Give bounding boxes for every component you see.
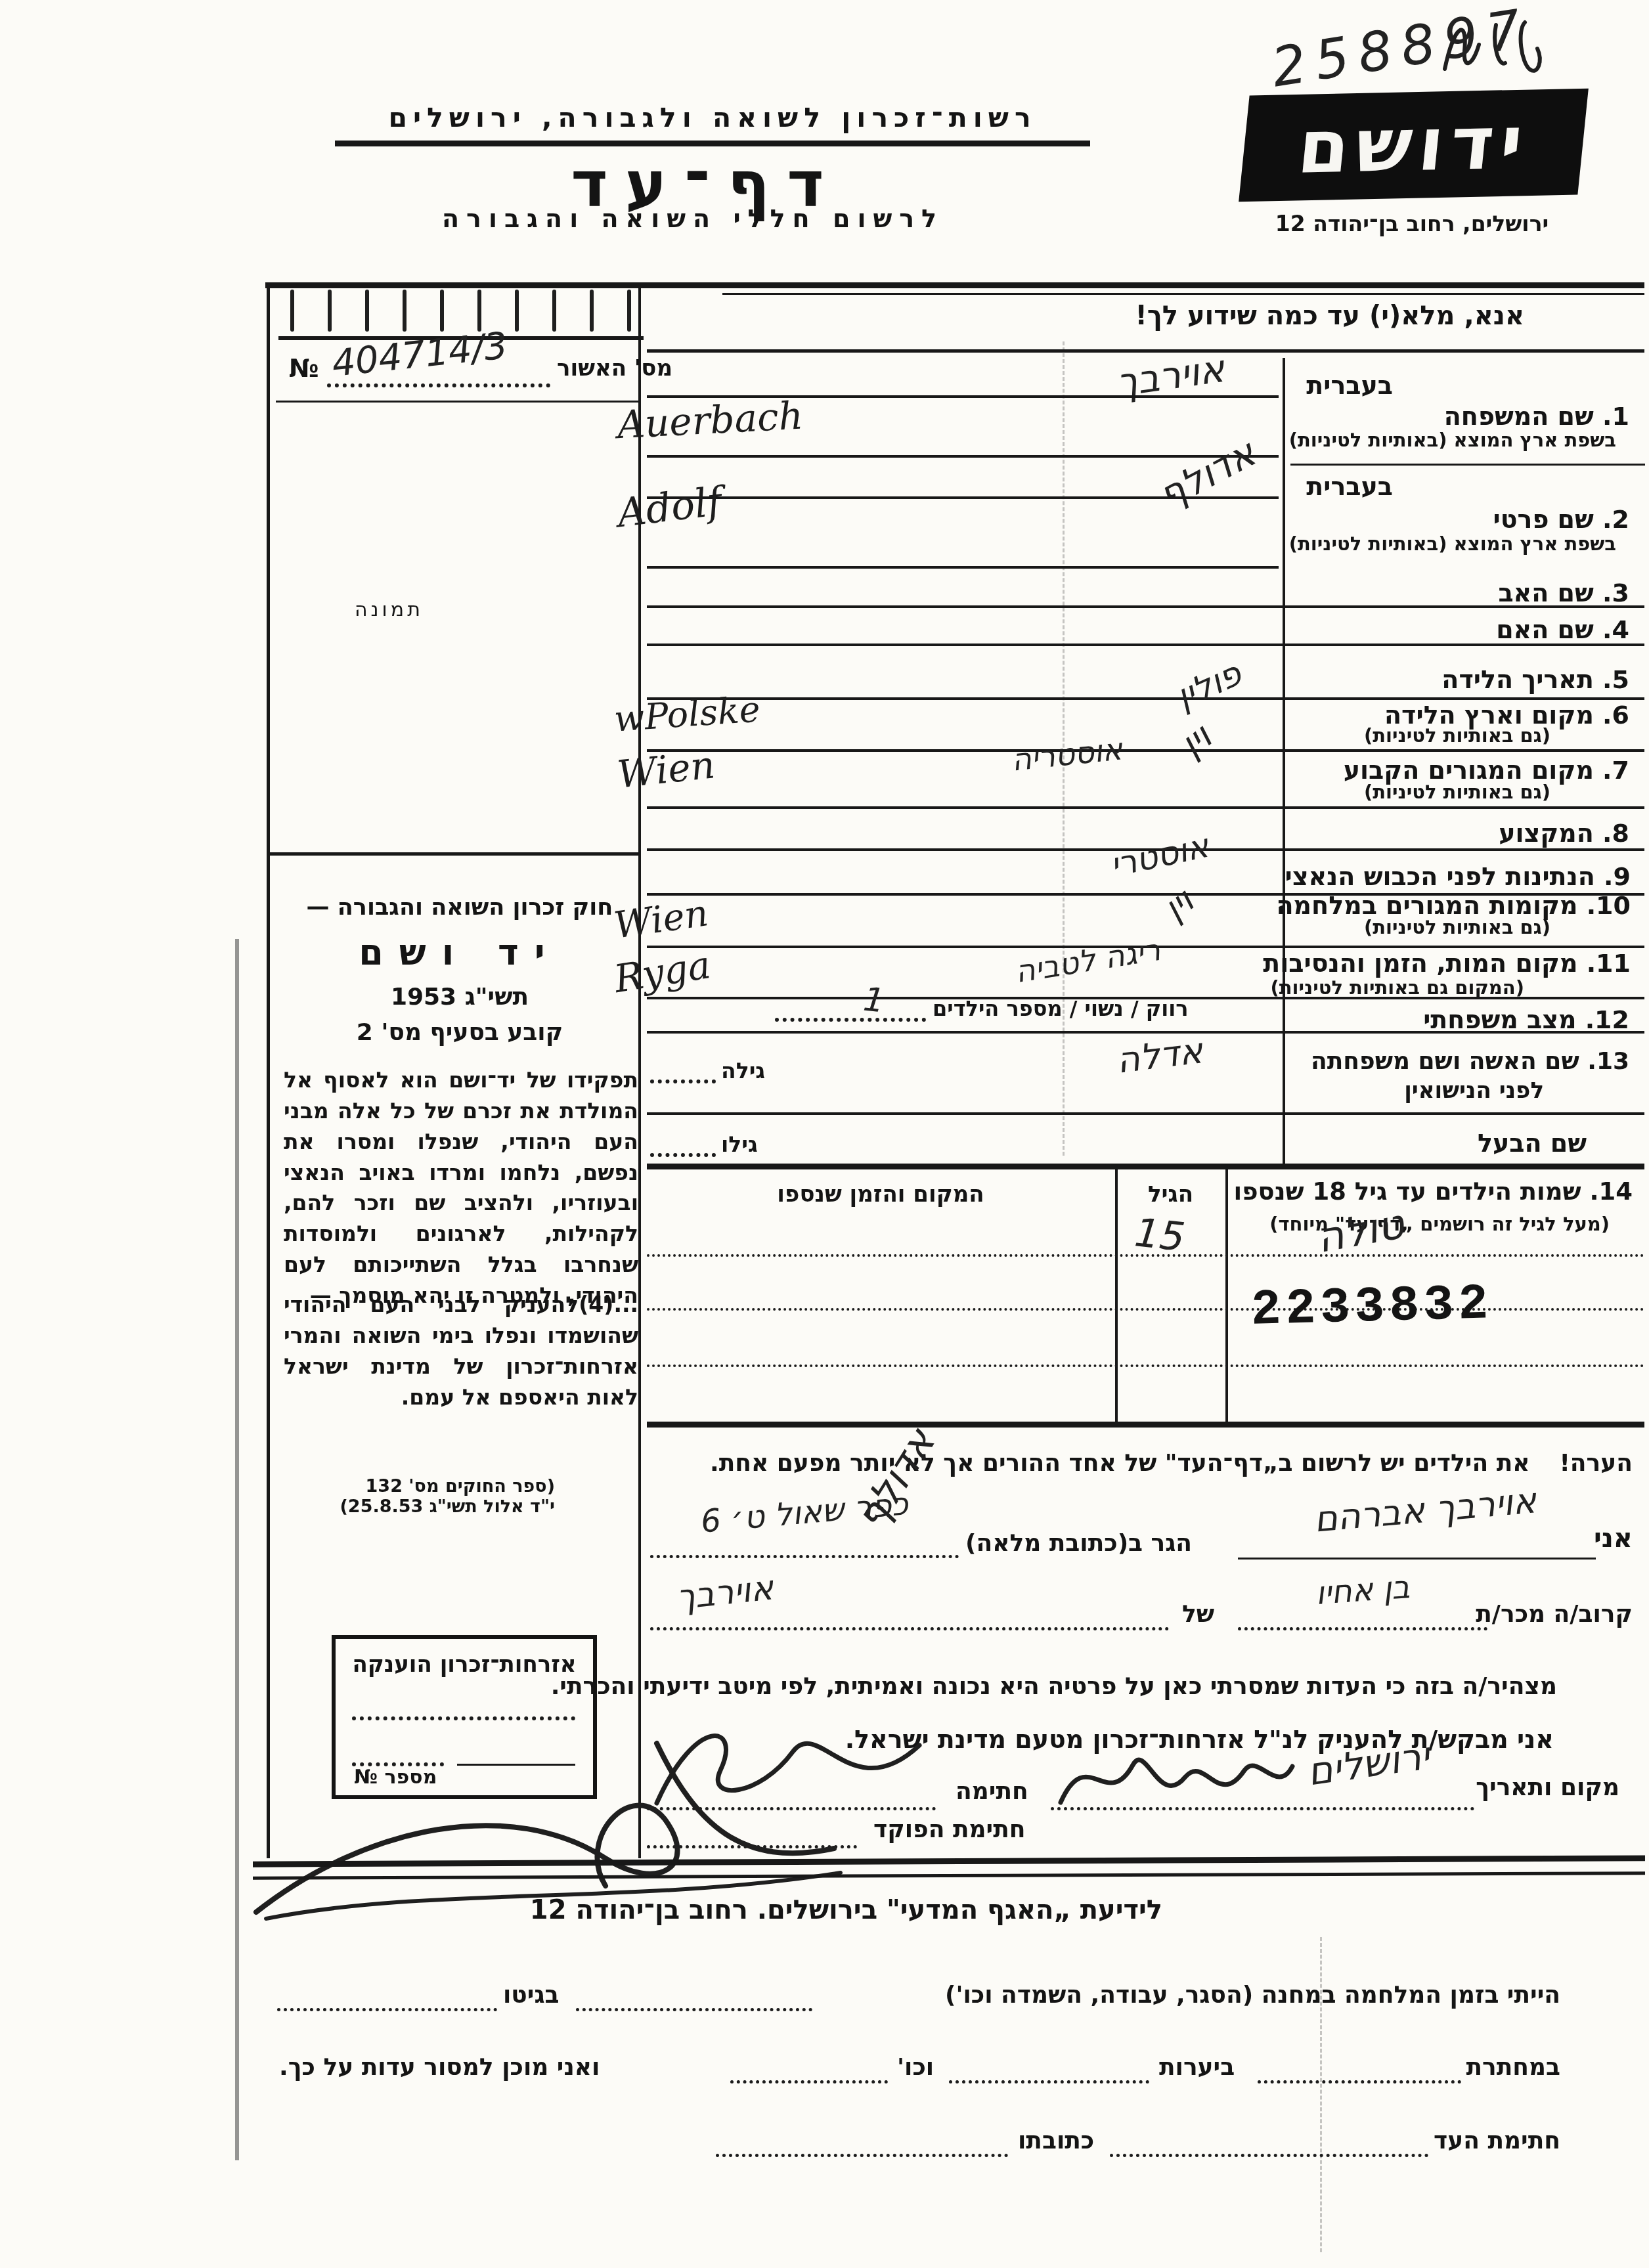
field2-sublabel: בשפת ארץ המוצא (באותיות לטיניות) <box>1289 533 1616 555</box>
field1-latin-hand: Auerbach <box>616 393 804 448</box>
field1-lang-label: בעברית <box>1306 372 1393 401</box>
place-date-dotted <box>1051 1807 1474 1810</box>
field12-hand: 1 <box>862 980 887 1020</box>
approval-no-sign: № <box>289 355 319 383</box>
her-age-label: גילה <box>721 1058 765 1083</box>
witness-forests-label: ביערות <box>1159 2054 1235 2081</box>
children-row-line2 <box>647 1308 1644 1311</box>
his-age-label: גילו <box>721 1132 758 1157</box>
photo-label: תמונה <box>355 599 424 622</box>
instruction-underrule <box>647 349 1644 353</box>
witness-ghetto-label: בגיטו <box>503 1982 559 2009</box>
field11-hebrew-hand: ריגה לטביה <box>1013 932 1163 990</box>
field9-hebrew-hand: אוסטרי <box>1107 827 1212 884</box>
field13-label2: לפני הנישואין <box>1404 1078 1544 1104</box>
witness-address-dotted <box>716 2154 1008 2157</box>
address-dotted <box>650 1555 959 1558</box>
testimony-page-scan: 258897 ידושם ירושלים, רחוב בן־יהודה 12 ר… <box>0 0 1649 2268</box>
children-col-age: הגיל <box>1116 1182 1225 1208</box>
field2-hebrew-line <box>647 496 1279 499</box>
of-hand: אוירבך <box>674 1568 775 1617</box>
field9-label: 9. הנתינות לפני הכבוש הנאצי <box>1285 863 1631 892</box>
relation-dotted <box>1238 1627 1487 1630</box>
photo-bottom-rule <box>267 852 638 856</box>
witness-q1-label: הייתי בזמן המלחמה במחנה (הסגר, עבודה, הש… <box>945 1982 1560 2009</box>
law-year: תשי"ג 1953 <box>282 984 637 1011</box>
husband-label: שם הבעל <box>1478 1129 1587 1158</box>
law-section: קובע בסעיף מס' 2 <box>282 1019 637 1046</box>
field7-latin-hand: Wien <box>615 742 717 796</box>
clerk-signature-label: חתימת הפוקד <box>873 1816 1026 1843</box>
field10-hebrew-hand: וין <box>1156 881 1201 928</box>
field2-lang-label: בעברית <box>1306 473 1393 502</box>
form-left-border <box>267 282 270 1858</box>
field11-label: 11. מקום המות, הזמן והנסיבות <box>1263 949 1631 978</box>
field4-label: 4. שם האם <box>1496 616 1629 645</box>
child-age-hand: 15 <box>1133 1210 1187 1261</box>
field7-line <box>647 806 1644 809</box>
field12-dotted <box>775 1018 926 1022</box>
child-name-hand: טולה <box>1313 1200 1408 1262</box>
children-col-place: המקום והזמן שנספו <box>647 1182 1114 1208</box>
field1-sublabel: בשפת ארץ המוצא (באותיות לטיניות) <box>1289 429 1616 451</box>
field1-label: 1. שם המשפחה <box>1444 403 1629 431</box>
scientific-branch-notice: לידיעת „האגף המדעי" בירושלים. רחוב בן־יה… <box>683 1895 1162 1925</box>
comb-ticks <box>282 286 640 335</box>
field10-sublabel: (גם באותיות לטיניות) <box>1364 917 1550 938</box>
field13-hebrew-hand: אדלה <box>1114 1030 1205 1081</box>
field13-label: 13. שם האשה ושם משפחתה <box>1311 1048 1629 1075</box>
law-intro: חוק זכרון השואה והגבורה — <box>282 894 637 921</box>
note-label: הערה! <box>1559 1450 1633 1477</box>
note-row: הערה!את הילדים יש לרשום ב„דף־העד" של אחד… <box>710 1450 1633 1477</box>
witness-etc-label: וכו' <box>897 2054 934 2081</box>
address-label: הגר ב(כתובת מלאה) <box>965 1530 1192 1557</box>
field3-line <box>647 605 1644 608</box>
of-hand-big: אדולף <box>846 1420 944 1538</box>
witness-forests-dotted <box>949 2080 1149 2083</box>
field12-options: רווק / נשוי / מספר הילדים <box>933 997 1279 1021</box>
field7-sublabel: (גם באותיות לטיניות) <box>1364 781 1550 803</box>
field6-hebrew-hand: פולין <box>1170 654 1248 717</box>
field5-label: 5. תאריך הלידה <box>1441 666 1629 695</box>
witness-underground-label: במחתרת <box>1466 2054 1560 2081</box>
field7-hebrew-hand: וין <box>1172 716 1220 765</box>
law-body: תפקידו של יד־ושם הוא לאסוף אל המולדת את … <box>284 1065 638 1311</box>
field7-hebrew-hand2: אוסטריה <box>1010 731 1124 777</box>
field8-label: 8. המקצוע <box>1499 819 1629 848</box>
signature-label: חתימה <box>956 1778 1028 1805</box>
place-date-label: מקום ותאריך <box>1476 1774 1619 1801</box>
form-top-rule2 <box>722 293 1644 295</box>
logo-text: ידושם <box>1294 100 1533 190</box>
corner-number: 258897 <box>1267 0 1535 99</box>
his-age-dotted <box>650 1153 716 1157</box>
declaration-statement: מצהיר/ה בזה כי העדות שמסרתי כאן על פרטיה… <box>551 1673 1557 1700</box>
declarant-name-line <box>1238 1558 1596 1559</box>
form-subtitle: לרשום חללי השואה והגבורה <box>433 205 952 234</box>
children-title: 14. שמות הילדים עד גיל 18 שנספו <box>1234 1178 1633 1206</box>
field1-latin-line <box>647 455 1279 458</box>
header-rule <box>335 141 1090 146</box>
law-reference: (ספר החוקים מס' 132 י"ד אלול תשי"ג 25.8.… <box>292 1476 555 1517</box>
registration-stamp-number: 2233832 <box>1250 1276 1493 1340</box>
label-column-divider <box>1283 358 1285 1164</box>
fill-instruction: אנא, מלא(י) עד כמה שידוע לך! <box>1135 301 1524 331</box>
date-scribble <box>1051 1734 1300 1819</box>
field6-line <box>647 749 1644 752</box>
children-col-divider2 <box>1225 1164 1228 1423</box>
her-age-dotted <box>650 1079 716 1083</box>
witness-signature-dotted <box>1110 2154 1428 2157</box>
relation-label: קרוב/ה מכר/ת <box>1476 1601 1633 1628</box>
witness-q1-dotted <box>576 2008 812 2011</box>
children-table-top <box>647 1164 1644 1169</box>
note-text: את הילדים יש לרשום ב„דף־העד" של אחד ההור… <box>710 1450 1529 1477</box>
field13-line <box>647 1112 1644 1115</box>
children-table-bottom <box>647 1422 1644 1428</box>
field3-label: 3. שם האב <box>1498 579 1629 608</box>
witness-etc-dotted <box>730 2080 888 2083</box>
witness-ghetto-dotted <box>277 2008 497 2011</box>
field11-sublabel: (המקום גם באותיות לטיניות) <box>1271 977 1524 999</box>
approval-dotted-line <box>327 383 550 387</box>
approval-underrule <box>276 401 641 403</box>
field1-label-underline <box>1290 464 1645 466</box>
field12-line <box>647 1031 1644 1034</box>
logo-address: ירושלים, רחוב בן־יהודה 12 <box>1241 211 1583 236</box>
children-row-line3 <box>647 1364 1644 1367</box>
yad-vashem-logo-stamp: ידושם <box>1239 89 1589 202</box>
declarant-name-hand: אוירבך אברהם <box>1246 1474 1603 1546</box>
of-label: של <box>1182 1601 1214 1628</box>
authority-line: רשות־זכרון לשואה ולגבורה, ירושלים <box>338 102 1087 133</box>
field2-latin-line <box>647 566 1279 569</box>
field2-label: 2. שם פרטי <box>1493 506 1630 534</box>
law-clause: ‏...(4)להעניק לבני העם היהודי שהושמדו ונ… <box>284 1290 638 1412</box>
field6-latin-hand: wPolske <box>613 688 761 739</box>
relation-hand: בן אחיו <box>1240 1563 1485 1617</box>
witness-ready-label: ואני מוכן למסור עדות על כך. <box>279 2054 600 2081</box>
field5-line <box>647 697 1644 700</box>
field4-line <box>647 643 1644 646</box>
field2-hebrew-hand: אדולף <box>1151 430 1263 517</box>
children-col-divider1 <box>1115 1164 1118 1423</box>
field6-sublabel: (גם באותיות לטיניות) <box>1364 725 1550 747</box>
witness-underground-dotted <box>1258 2080 1461 2083</box>
field2-latin-hand: Adolf <box>615 479 724 537</box>
witness-signature-label: חתימת העד <box>1434 2127 1560 2154</box>
scan-edge-streak <box>235 939 239 2160</box>
approval-label: מס' האשור <box>557 356 672 382</box>
declarant-i-label: אני <box>1594 1523 1633 1554</box>
of-dotted <box>650 1627 1169 1630</box>
law-name: יד ושם <box>282 932 637 973</box>
witness-address-label: כתובתו <box>1018 2127 1094 2154</box>
